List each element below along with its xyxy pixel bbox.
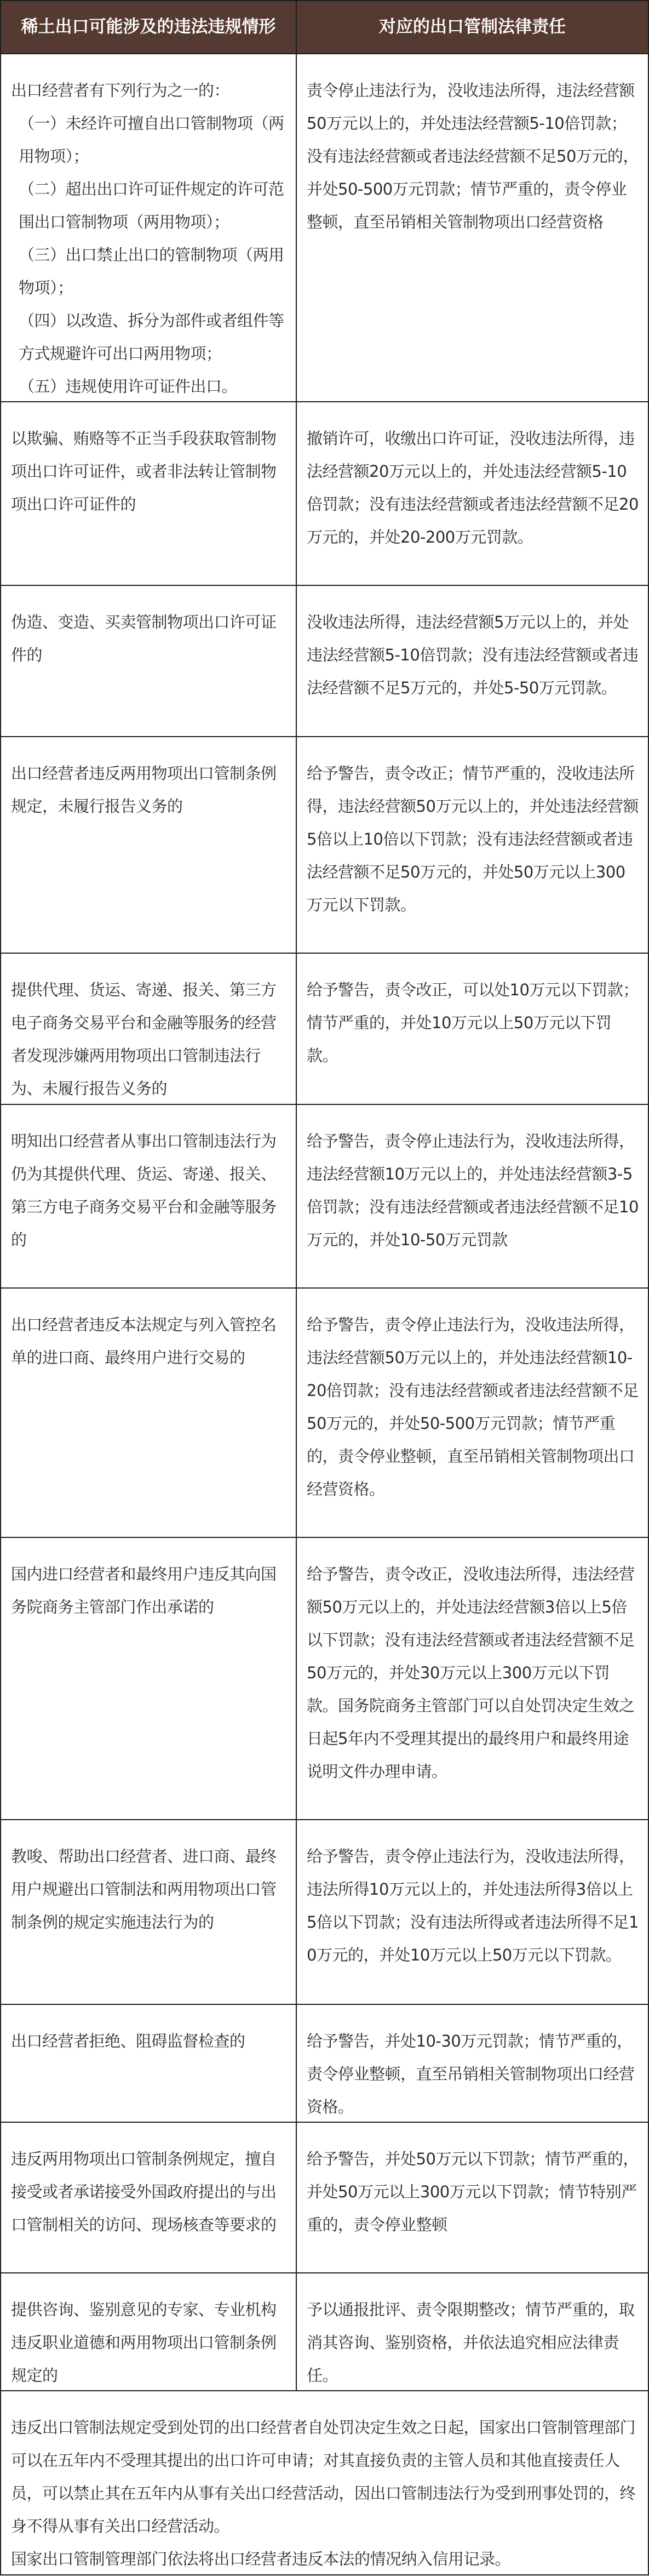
violation-cell: 伪造、变造、买卖管制物项出口许可证件的 [1, 586, 297, 736]
liability-cell: 给予警告，并处50万元以下罚款；情节严重的，并处50万元以上300万元以下罚款；… [297, 2123, 648, 2272]
liability-cell: 给予警告，责令停止违法行为，没收违法所得，违法经营额50万元以上的，并处违法经营… [297, 1289, 648, 1537]
table-row: 出口经营者违反本法规定与列入管控名单的进口商、最终用户进行交易的 给予警告，责令… [1, 1287, 648, 1537]
liability-cell: 撤销许可，收缴出口许可证，没收违法所得，违法经营额20万元以上的，并处违法经营额… [297, 402, 648, 585]
liability-cell: 给予警告，责令停止违法行为，没收违法所得，违法经营额10万元以上的，并处违法经营… [297, 1105, 648, 1287]
violation-cell: 提供咨询、鉴别意见的专家、专业机构违反职业道德和两用物项出口管制条例规定的 [1, 2273, 297, 2390]
table-row: 教唆、帮助出口经营者、进口商、最终用户规避出口管制法和两用物项出口管制条例的规定… [1, 1819, 648, 2004]
footer-note-cell: 违反出口管制法规定受到处罚的出口经营者自处罚决定生效之日起，国家出口管制管理部门… [1, 2391, 648, 2574]
table-row: 出口经营者有下列行为之一的： （一）未经许可擅自出口管制物项（两用物项）； （二… [1, 53, 648, 401]
liability-cell: 给予警告，责令改正，可以处10万元以下罚款；情节严重的，并处10万元以上50万元… [297, 954, 648, 1104]
table-row: 提供咨询、鉴别意见的专家、专业机构违反职业道德和两用物项出口管制条例规定的 予以… [1, 2272, 648, 2390]
violation-cell: 以欺骗、贿赂等不正当手段获取管制物项出口许可证件，或者非法转让管制物项出口许可证… [1, 402, 297, 585]
violation-cell: 国内进口经营者和最终用户违反其向国务院商务主管部门作出承诺的 [1, 1538, 297, 1819]
table-footer-row: 违反出口管制法规定受到处罚的出口经营者自处罚决定生效之日起，国家出口管制管理部门… [1, 2390, 648, 2574]
liability-cell: 责令停止违法行为，没收违法所得，违法经营额50万元以上的，并处违法经营额5-10… [297, 54, 648, 401]
table-row: 国内进口经营者和最终用户违反其向国务院商务主管部门作出承诺的 给予警告，责令改正… [1, 1537, 648, 1819]
violation-cell: 明知出口经营者从事出口管制违法行为仍为其提供代理、货运、寄递、报关、第三方电子商… [1, 1105, 297, 1287]
liability-cell: 没收违法所得，违法经营额5万元以上的，并处违法经营额5-10倍罚款；没有违法经营… [297, 586, 648, 736]
liability-cell: 给予警告，责令停止违法行为，没收违法所得，违法所得10万元以上的，并处违法所得3… [297, 1820, 648, 2004]
table-row: 明知出口经营者从事出口管制违法行为仍为其提供代理、货运、寄递、报关、第三方电子商… [1, 1104, 648, 1287]
liability-cell: 给予警告，责令改正，没收违法所得，违法经营额50万元以上的，并处违法经营额3倍以… [297, 1538, 648, 1819]
violation-line: （一）未经许可擅自出口管制物项（两用物项）； [11, 107, 288, 173]
violation-cell: 出口经营者违反本法规定与列入管控名单的进口商、最终用户进行交易的 [1, 1289, 297, 1537]
footer-note-line: 违反出口管制法规定受到处罚的出口经营者自处罚决定生效之日起，国家出口管制管理部门… [11, 2411, 640, 2543]
violation-line: （五）违规使用许可证件出口。 [11, 370, 288, 403]
table-row: 出口经营者违反两用物项出口管制条例规定，未履行报告义务的 给予警告，责令改正；情… [1, 736, 648, 953]
liability-cell: 给予警告，并处10-30万元罚款；情节严重的，责令停业整顿，直至吊销相关管制物项… [297, 2005, 648, 2122]
table-row: 以欺骗、贿赂等不正当手段获取管制物项出口许可证件，或者非法转让管制物项出口许可证… [1, 401, 648, 585]
liability-cell: 给予警告，责令改正；情节严重的，没收违法所得，违法经营额50万元以上的，并处违法… [297, 737, 648, 953]
header-liability-column: 对应的出口管制法律责任 [297, 1, 648, 53]
table-row: 提供代理、货运、寄递、报关、第三方电子商务交易平台和金融等服务的经营者发现涉嫌两… [1, 953, 648, 1104]
header-violation-column: 稀土出口可能涉及的违法违规情形 [1, 1, 297, 53]
violation-cell: 出口经营者拒绝、阻碍监督检查的 [1, 2005, 297, 2122]
violation-cell: 违反两用物项出口管制条例规定，擅自接受或者承诺接受外国政府提出的与出口管制相关的… [1, 2123, 297, 2272]
table-row: 伪造、变造、买卖管制物项出口许可证件的 没收违法所得，违法经营额5万元以上的，并… [1, 585, 648, 736]
table-row: 出口经营者拒绝、阻碍监督检查的 给予警告，并处10-30万元罚款；情节严重的，责… [1, 2004, 648, 2122]
violation-line: （三）出口禁止出口的管制物项（两用物项）； [11, 238, 288, 304]
export-control-liability-table: 稀土出口可能涉及的违法违规情形 对应的出口管制法律责任 出口经营者有下列行为之一… [0, 0, 649, 2575]
violation-cell: 出口经营者有下列行为之一的： （一）未经许可擅自出口管制物项（两用物项）； （二… [1, 54, 297, 401]
violation-cell: 教唆、帮助出口经营者、进口商、最终用户规避出口管制法和两用物项出口管制条例的规定… [1, 1820, 297, 2004]
table-row: 违反两用物项出口管制条例规定，擅自接受或者承诺接受外国政府提出的与出口管制相关的… [1, 2122, 648, 2272]
violation-cell: 出口经营者违反两用物项出口管制条例规定，未履行报告义务的 [1, 737, 297, 953]
liability-cell: 予以通报批评、责令限期整改；情节严重的，取消其咨询、鉴别资格，并依法追究相应法律… [297, 2273, 648, 2390]
footer-note-line: 国家出口管制管理部门依法将出口经营者违反本法的情况纳入信用记录。 [11, 2543, 640, 2575]
violation-line: 出口经营者有下列行为之一的： [11, 74, 288, 107]
violation-cell: 提供代理、货运、寄递、报关、第三方电子商务交易平台和金融等服务的经营者发现涉嫌两… [1, 954, 297, 1104]
table-header-row: 稀土出口可能涉及的违法违规情形 对应的出口管制法律责任 [1, 1, 648, 53]
violation-line: （四）以改造、拆分为部件或者组件等方式规避许可出口两用物项； [11, 304, 288, 370]
violation-line: （二）超出出口许可证件规定的许可范围出口管制物项（两用物项）； [11, 173, 288, 238]
